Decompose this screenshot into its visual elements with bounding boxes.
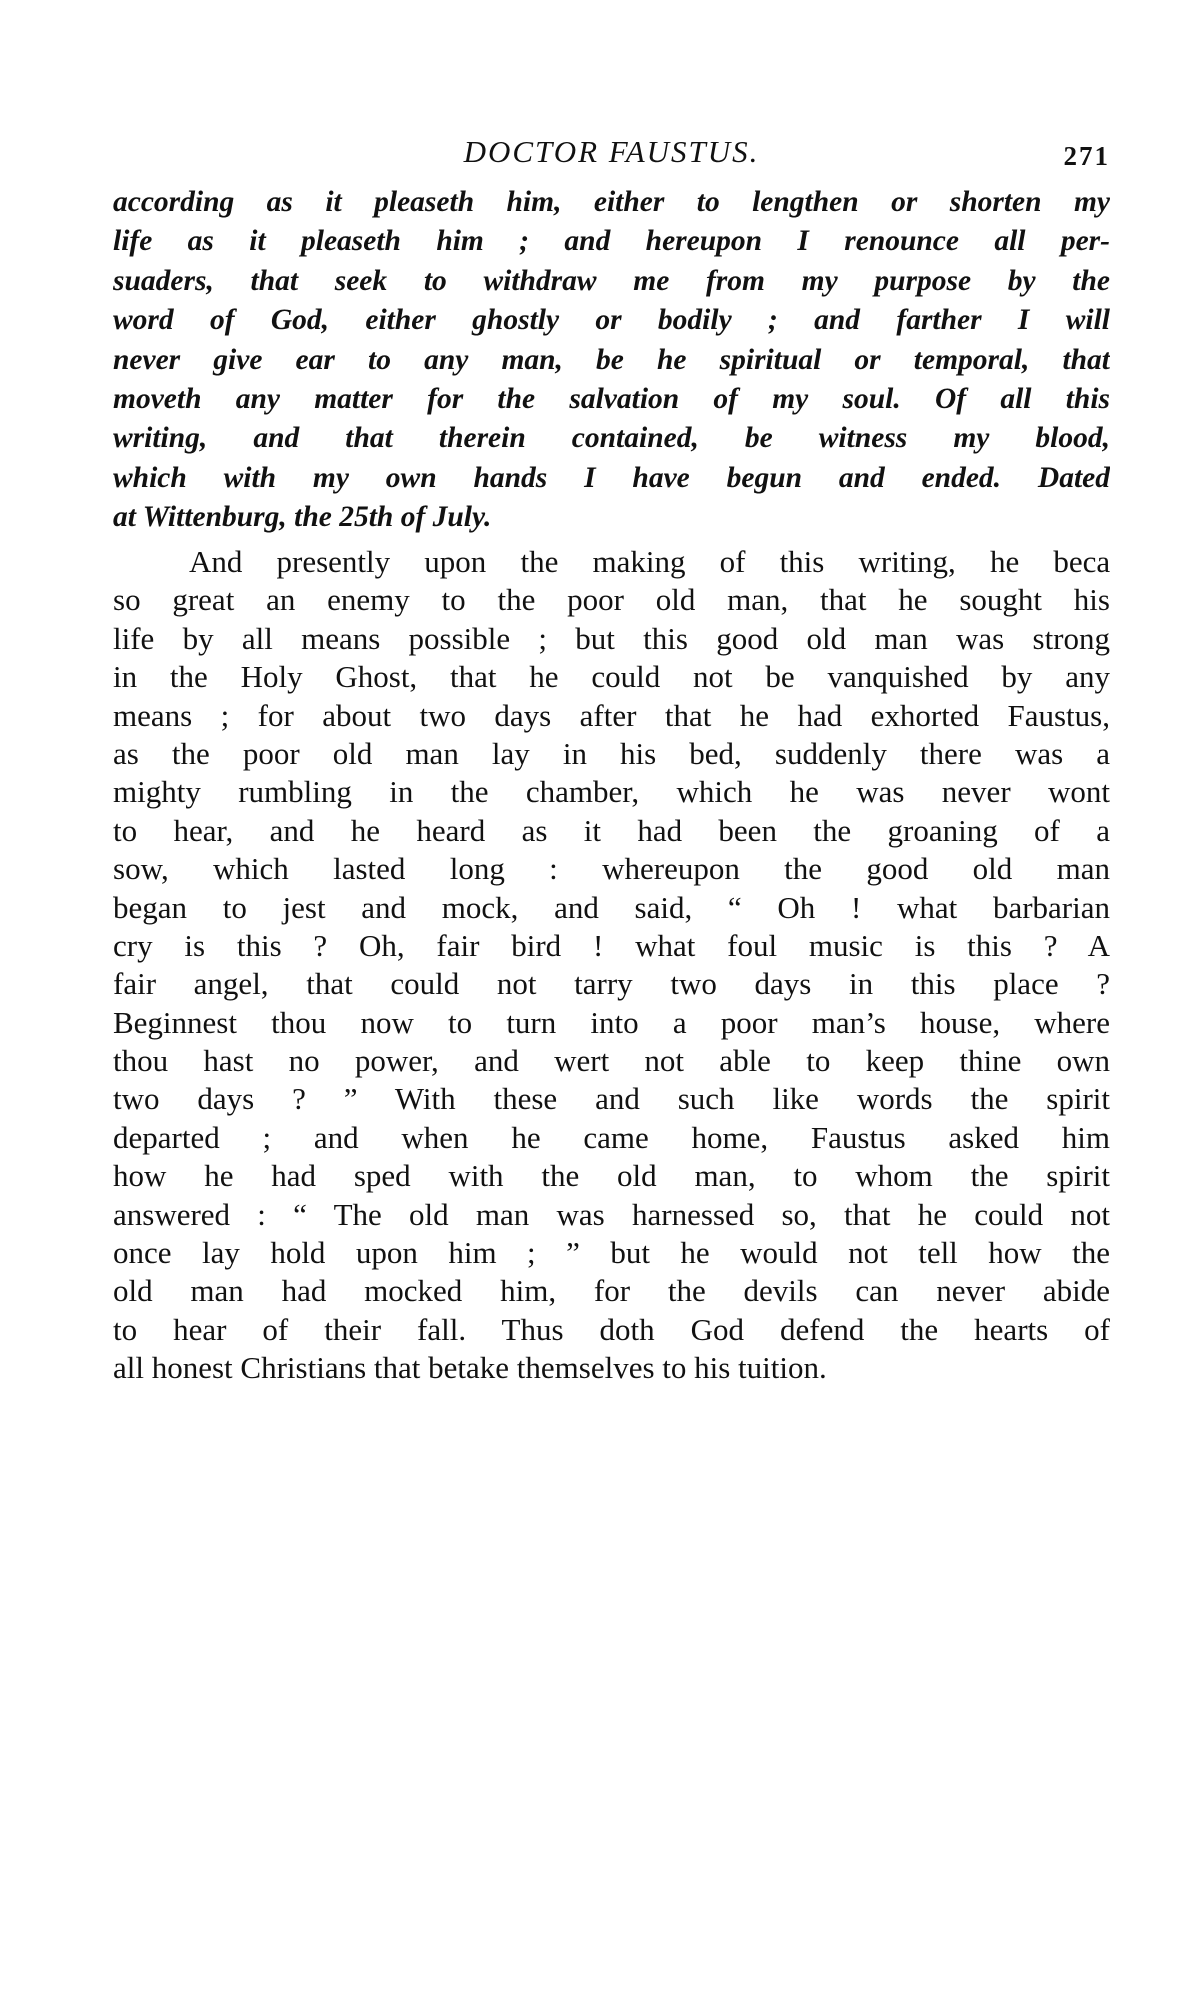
text-line: to hear, and he heard as it had been the…	[113, 812, 1110, 850]
text-line: moveth any matter for the salvation of m…	[113, 380, 1110, 419]
body-paragraph: And presently upon the making of this wr…	[113, 543, 1110, 1388]
running-header: DOCTOR FAUSTUS. 271	[113, 130, 1110, 174]
text-line: at Wittenburg, the 25th of July.	[113, 498, 1110, 537]
text-line: fair angel, that could not tarry two day…	[113, 965, 1110, 1003]
text-line: writing, and that therein contained, be …	[113, 419, 1110, 458]
text-line: according as it pleaseth him, either to …	[113, 183, 1110, 222]
text-line: answered : “ The old man was harnessed s…	[113, 1196, 1110, 1234]
text-line: word of God, either ghostly or bodily ; …	[113, 301, 1110, 340]
text-line: means ; for about two days after that he…	[113, 697, 1110, 735]
text-line: in the Holy Ghost, that he could not be …	[113, 658, 1110, 696]
text-line: how he had sped with the old man, to who…	[113, 1157, 1110, 1195]
text-line: two days ? ” With these and such like wo…	[113, 1080, 1110, 1118]
running-title: DOCTOR FAUSTUS.	[113, 130, 1110, 174]
page-number: 271	[1064, 134, 1111, 178]
text-line: And presently upon the making of this wr…	[113, 543, 1110, 581]
text-line: thou hast no power, and wert not able to…	[113, 1042, 1110, 1080]
text-line: life by all means possible ; but this go…	[113, 620, 1110, 658]
text-line: mighty rumbling in the chamber, which he…	[113, 773, 1110, 811]
text-line: all honest Christians that betake themse…	[113, 1349, 1110, 1387]
text-line: as the poor old man lay in his bed, sudd…	[113, 735, 1110, 773]
text-line: to hear of their fall. Thus doth God def…	[113, 1311, 1110, 1349]
text-line: sow, which lasted long : whereupon the g…	[113, 850, 1110, 888]
text-line: Beginnest thou now to turn into a poor m…	[113, 1004, 1110, 1042]
text-line: once lay hold upon him ; ” but he would …	[113, 1234, 1110, 1272]
text-line: never give ear to any man, be he spiritu…	[113, 341, 1110, 380]
book-page: DOCTOR FAUSTUS. 271 according as it plea…	[0, 0, 1199, 2000]
text-line: life as it pleaseth him ; and hereupon I…	[113, 222, 1110, 261]
text-line: departed ; and when he came home, Faustu…	[113, 1119, 1110, 1157]
italic-passage: according as it pleaseth him, either to …	[113, 183, 1110, 538]
text-line: began to jest and mock, and said, “ Oh !…	[113, 889, 1110, 927]
text-line: which with my own hands I have begun and…	[113, 459, 1110, 498]
text-line: suaders, that seek to withdraw me from m…	[113, 262, 1110, 301]
text-line: so great an enemy to the poor old man, t…	[113, 581, 1110, 619]
text-line: old man had mocked him, for the devils c…	[113, 1272, 1110, 1310]
text-line: cry is this ? Oh, fair bird ! what foul …	[113, 927, 1110, 965]
